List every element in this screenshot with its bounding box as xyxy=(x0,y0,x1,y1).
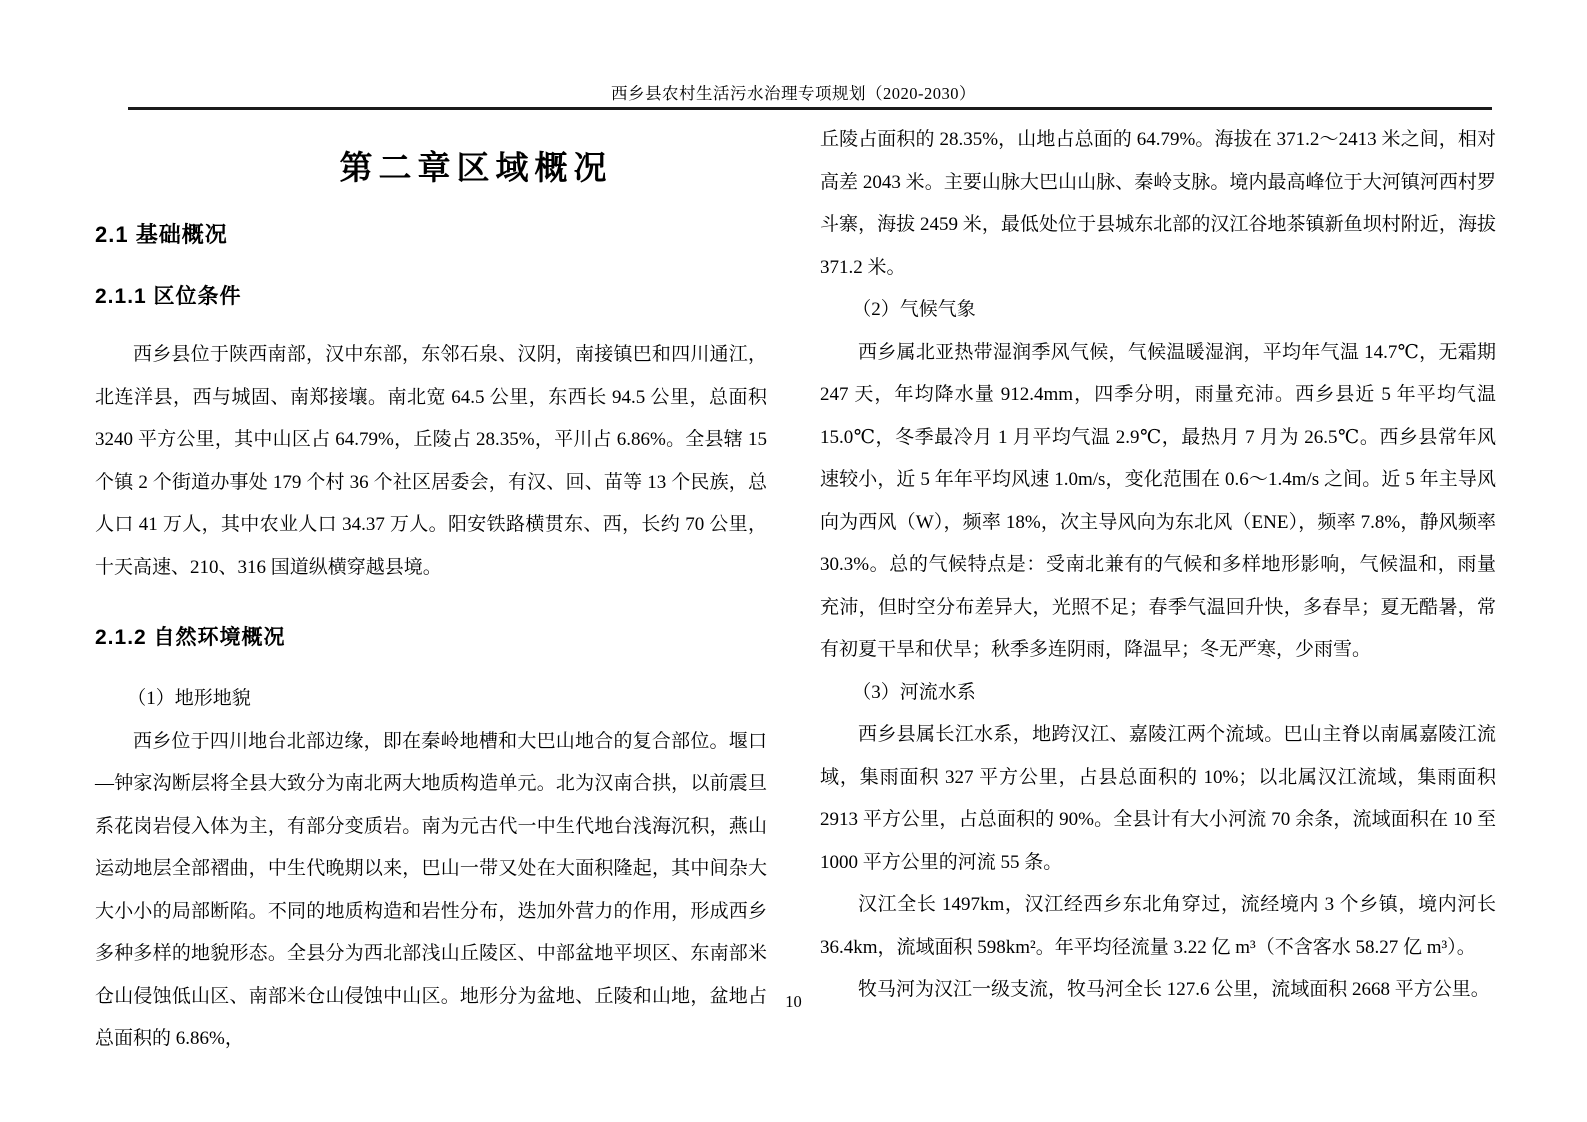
chapter-title: 第二章区域概况 xyxy=(95,150,767,186)
paragraph-location-overview: 西乡县位于陕西南部，汉中东部，东邻石泉、汉阴，南接镇巴和四川通江，北连洋县，西与… xyxy=(95,334,767,589)
paragraph-hanjiang: 汉江全长 1497km，汉江经西乡东北角穿过，流经境内 3 个乡镇，境内河长 3… xyxy=(820,884,1496,969)
subheading-climate: （2）气候气象 xyxy=(820,289,1496,332)
section-heading-2-1-1: 2.1.1 区位条件 xyxy=(95,284,767,309)
paragraph-rivers: 西乡县属长江水系，地跨汉江、嘉陵江两个流域。巴山主脊以南属嘉陵江流域，集雨面积 … xyxy=(820,714,1496,884)
paragraph-terrain-continued: 丘陵占面积的 28.35%，山地占总面的 64.79%。海拔在 371.2～24… xyxy=(820,119,1496,289)
section-heading-2-1-2: 2.1.2 自然环境概况 xyxy=(95,625,767,650)
header-rule xyxy=(128,107,1492,110)
subheading-terrain: （1）地形地貌 xyxy=(95,678,767,721)
subheading-rivers: （3）河流水系 xyxy=(820,672,1496,715)
page-number: 10 xyxy=(0,992,1587,1012)
section-heading-2-1: 2.1 基础概况 xyxy=(95,222,767,248)
page-header-title: 西乡县农村生活污水治理专项规划（2020-2030） xyxy=(0,80,1587,104)
paragraph-climate: 西乡属北亚热带湿润季风气候，气候温暖湿润，平均年气温 14.7℃，无霜期 247… xyxy=(820,332,1496,672)
right-column: 丘陵占面积的 28.35%，山地占总面的 64.79%。海拔在 371.2～24… xyxy=(820,119,1496,1012)
document-page: 西乡县农村生活污水治理专项规划（2020-2030） 第二章区域概况 2.1 基… xyxy=(0,0,1587,1122)
left-column: 第二章区域概况 2.1 基础概况 2.1.1 区位条件 西乡县位于陕西南部，汉中… xyxy=(95,130,767,1061)
